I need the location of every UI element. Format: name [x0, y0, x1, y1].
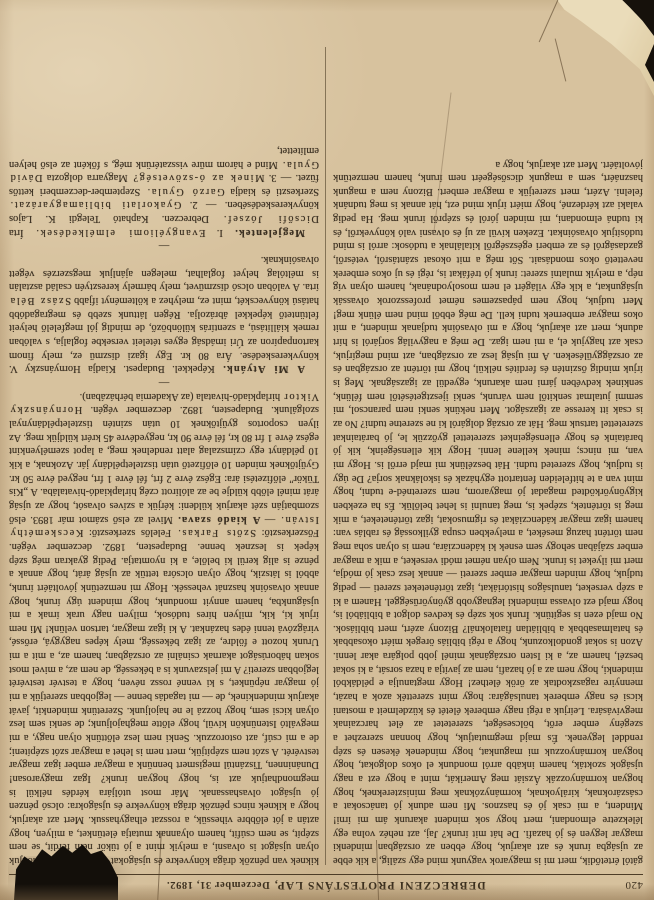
- text-segment: gától értetődik, mert mi is magyarok vag…: [333, 159, 643, 866]
- column-right: kiknek van pénzök drága könyvekre és ujs…: [9, 45, 319, 867]
- text-segment: Evangyéliomi elmélkedések.: [35, 227, 206, 238]
- text-paragraph: gától értetődik, mert mi is magyarok vag…: [333, 157, 643, 867]
- column-divider-rule: [325, 47, 326, 865]
- text-paragraph: A Mi Atyánk. Képekkel. Budapest. Kiadja …: [9, 252, 319, 375]
- text-segment: Minek az ó-szövetség?: [132, 172, 265, 183]
- text-segment: A Mi Atyánk.: [222, 363, 305, 374]
- text-segment: Megjelentek.: [234, 227, 305, 238]
- text-segment: Magyarra dolgozta: [43, 172, 132, 183]
- header-date: Deczember 31, 1892.: [166, 879, 269, 890]
- text-segment: I.: [206, 227, 235, 238]
- text-segment: Felelős szerkesztő:: [83, 527, 176, 538]
- text-segment: Mivel az első számot már 1893. első szom…: [9, 404, 319, 524]
- header-title: DEBRECZENI PROTESTÁNS LAP, Deczember 31,…: [69, 879, 583, 891]
- text-segment: Szerkeszti és kiadja: [225, 186, 319, 197]
- text-segment: Szőts Farkas.: [177, 527, 256, 538]
- scanned-page: 420 DEBRECZENI PROTESTÁNS LAP, Deczember…: [0, 0, 654, 900]
- paragraph-divider: —: [9, 375, 319, 389]
- column-left: gától értetődik, mert mi is magyarok vag…: [333, 45, 643, 867]
- text-segment: A kiadó szava.: [177, 514, 260, 525]
- running-header: 420 DEBRECZENI PROTESTÁNS LAP, Deczember…: [9, 874, 643, 891]
- text-paragraph: kiknek van pénzök drága könyvekre és ujs…: [9, 389, 319, 867]
- text-segment: Gyakorlati bibliamagyarázat.: [9, 200, 181, 211]
- page-number: 420: [583, 879, 643, 891]
- text-segment: Szász Béla: [9, 295, 71, 306]
- header-title-text: DEBRECZENI PROTESTÁNS LAP,: [274, 879, 486, 891]
- torn-edge-notch: [644, 44, 654, 82]
- text-segment: hirlapkiadó-hivatala (az Akademia bérház…: [80, 391, 283, 402]
- page-content-rotated: 420 DEBRECZENI PROTESTÁNS LAP, Deczember…: [9, 13, 643, 891]
- text-columns: gától értetődik, mert mi is magyarok vag…: [9, 45, 643, 867]
- text-segment: Mind e három műre visszatérünk még, s fő…: [9, 145, 319, 170]
- paragraph-divider: —: [9, 239, 319, 253]
- text-segment: írta. A valóban olcsó díszművet, mely bá…: [9, 254, 319, 292]
- text-segment: Írta: [9, 227, 35, 238]
- text-segment: —: [260, 514, 279, 525]
- text-segment: kiknek van pénzök drága könyvekre és ujs…: [9, 527, 319, 866]
- text-paragraph: Megjelentek. I. Evangyéliomi elmélkedése…: [9, 143, 319, 239]
- text-segment: Dicsőfi József.: [222, 213, 319, 224]
- text-segment: Garzó Gyula.: [146, 186, 225, 197]
